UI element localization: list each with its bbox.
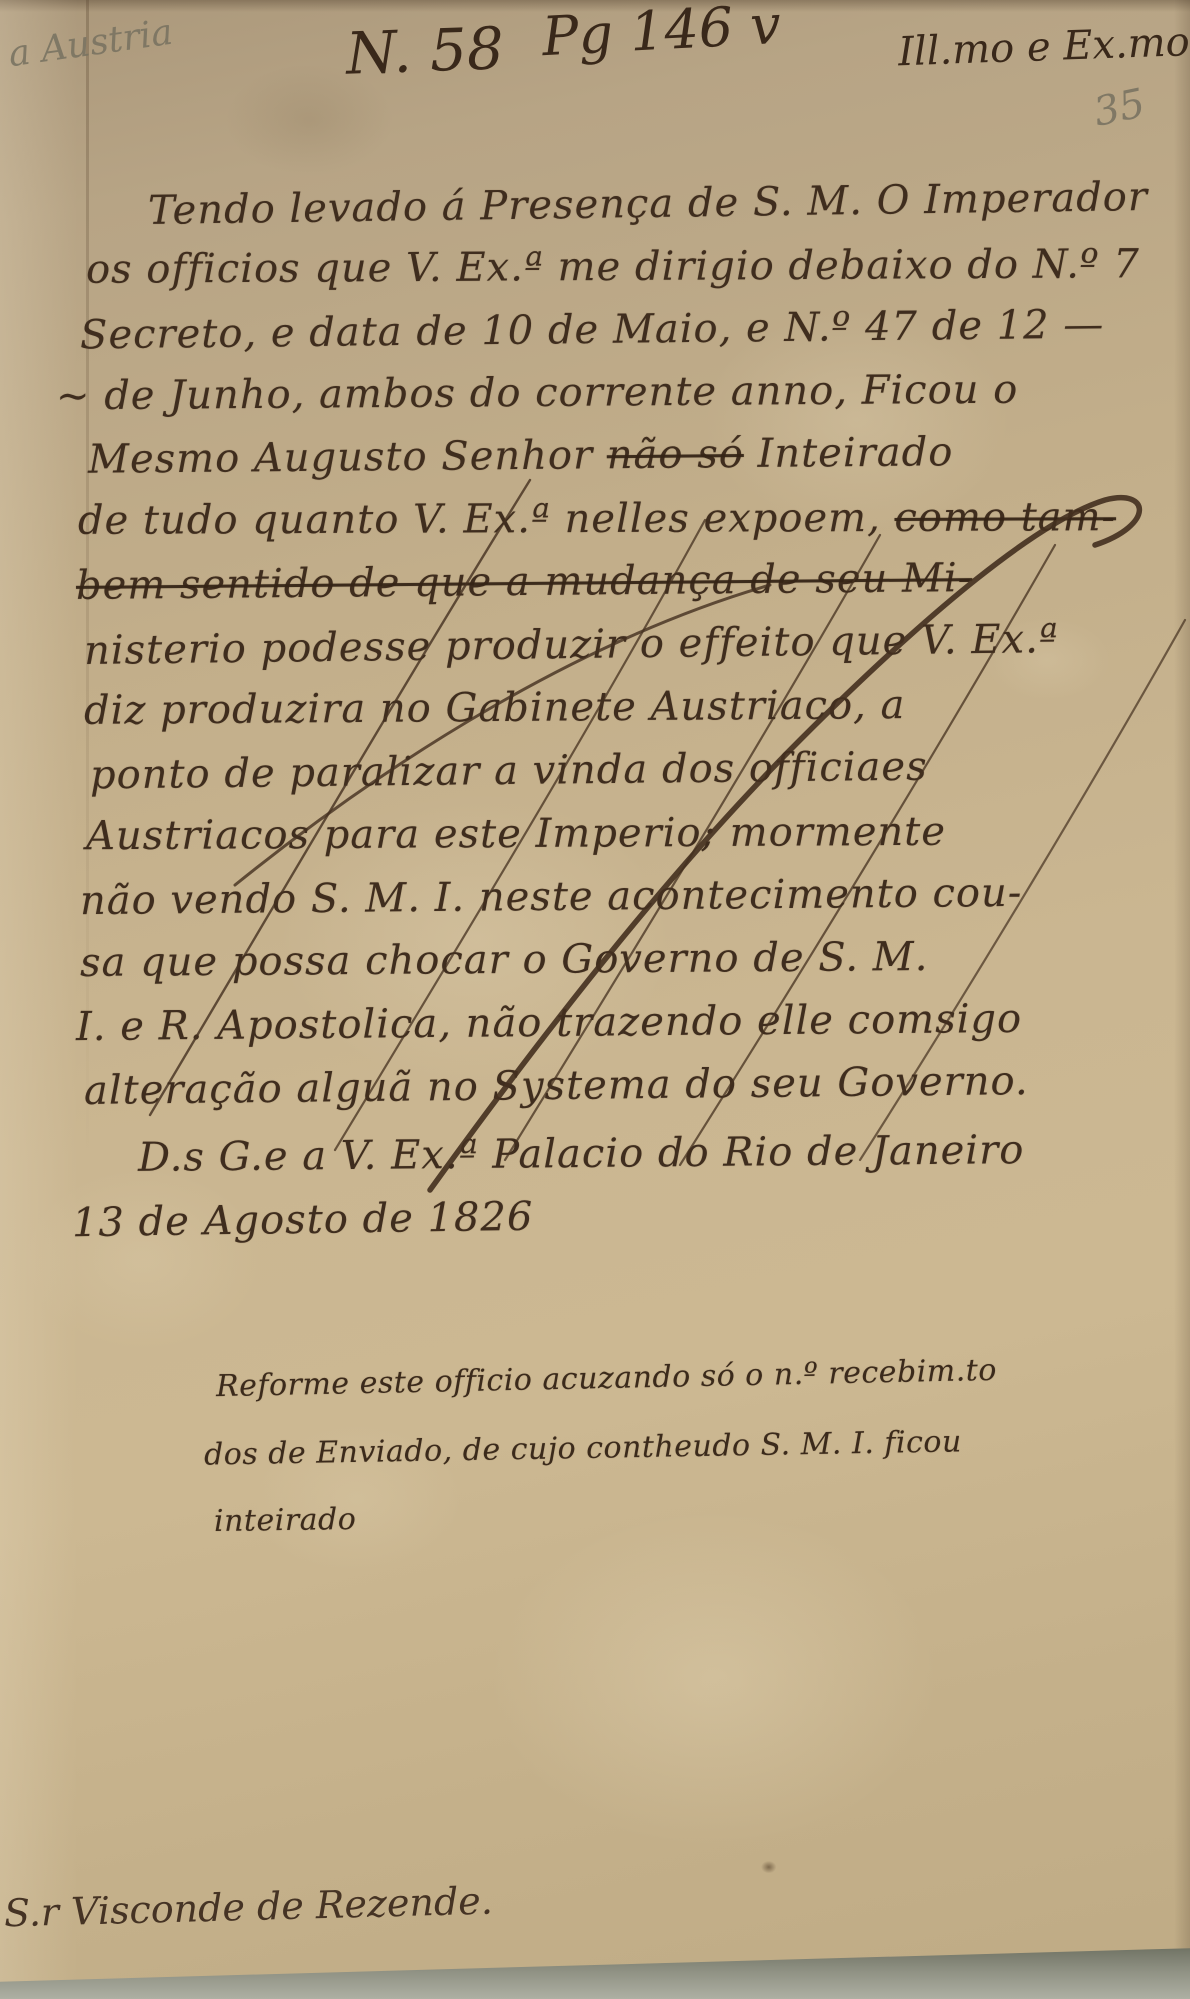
manuscript-line: 13 de Agosto de 1826 (72, 1195, 534, 1245)
manuscript-line: os officios que V. Ex.ª me dirigio debai… (86, 242, 1140, 292)
line-segment: ~ de Junho, ambos do corrente anno, Fico… (56, 367, 1019, 420)
registry-mark: Pg 146 v (541, 0, 782, 64)
line-segment: diz produzira no Gabinete Austriaco, a (84, 682, 906, 734)
manuscript-line: D.s G.e a V. Ex.ª Palacio do Rio de Jane… (138, 1128, 1025, 1180)
line-segment: 13 de Agosto de 1826 (72, 1194, 534, 1246)
manuscript-line: bem sentido de que a mudança de seu Mi- (76, 556, 973, 608)
line-segment: inteirado (214, 1502, 357, 1539)
line-segment: ponto de paralizar a vinda dos officiaes (90, 744, 928, 799)
line-segment: I. e R. Apostolica, não trazendo elle co… (76, 996, 1022, 1050)
pencil-folio-number: 35 (1090, 83, 1148, 133)
manuscript-line: Austriacos para este Imperio; mormente (86, 810, 946, 859)
document-number: N. 58 (345, 19, 505, 82)
line-segment-struck: como tam- (894, 494, 1116, 541)
line-segment: sa que possa chocar o Governo de S. M. (80, 934, 929, 986)
line-segment: Austriacos para este Imperio; mormente (86, 809, 946, 860)
manuscript-scan: a Austria 35 N. 58 Pg 146 v Ill.mo e Ex.… (0, 0, 1190, 1999)
manuscript-line: de tudo quanto V. Ex.ª nelles expoem, co… (78, 495, 1116, 543)
line-segment: Mesmo Augusto Senhor (88, 432, 607, 483)
line-segment: de tudo quanto V. Ex.ª nelles expoem, (78, 495, 895, 544)
manuscript-line: ponto de paralizar a vinda dos officiaes (90, 745, 928, 798)
line-segment: os officios que V. Ex.ª me dirigio debai… (86, 241, 1140, 293)
manuscript-line: não vendo S. M. I. neste acontecimento c… (80, 871, 1023, 923)
manuscript-line: sa que possa chocar o Governo de S. M. (80, 935, 929, 985)
line-segment: Inteirado (744, 429, 954, 477)
line-segment-struck: não só (607, 431, 744, 478)
manuscript-line: inteirado (214, 1503, 357, 1538)
paper-edge-left (0, 0, 78, 1999)
manuscript-line: alteração alguã no Systema do seu Govern… (84, 1059, 1029, 1113)
line-segment: não vendo S. M. I. neste acontecimento c… (80, 870, 1023, 924)
manuscript-line: Secreto, e data de 10 de Maio, e N.º 47 … (80, 303, 1105, 358)
paper-edge-right (1174, 0, 1190, 1999)
salutation: Ill.mo e Ex.mo S.r (897, 20, 1190, 73)
manuscript-line: ~ de Junho, ambos do corrente anno, Fico… (56, 368, 1019, 419)
manuscript-line: I. e R. Apostolica, não trazendo elle co… (76, 997, 1022, 1049)
line-segment: D.s G.e a V. Ex.ª Palacio do Rio de Jane… (138, 1127, 1025, 1181)
manuscript-line: Mesmo Augusto Senhor não só Inteirado (88, 430, 954, 482)
line-segment-struck: bem sentido de que a mudança de seu Mi- (76, 555, 973, 609)
manuscript-line: diz produzira no Gabinete Austriaco, a (84, 683, 906, 733)
